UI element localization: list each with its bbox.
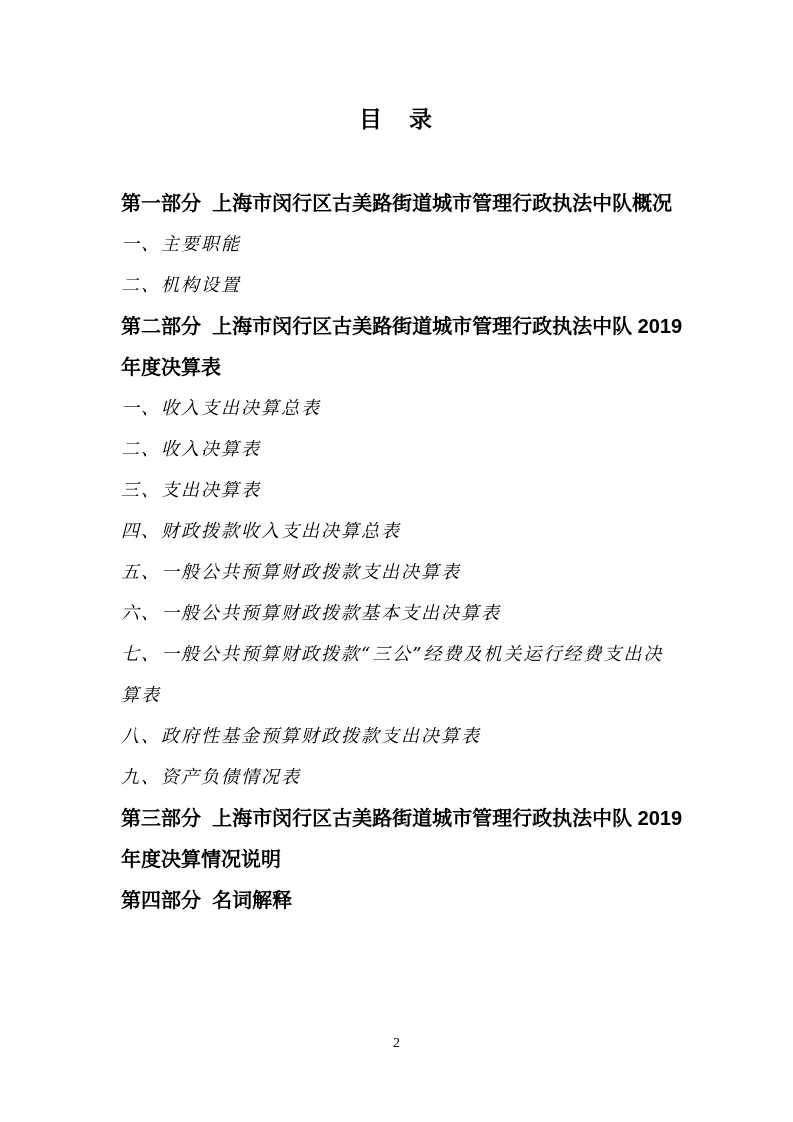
toc-item-line: 五、一般公共预算财政拨款支出决算表: [121, 550, 688, 591]
page-title: 目 录: [0, 101, 793, 134]
toc-item-line: 七、一般公共预算财政拨款“三公”经费及机关运行经费支出决: [121, 632, 688, 673]
toc-list: 第一部分 上海市闵行区古美路街道城市管理行政执法中队概况一、主要职能二、机构设置…: [121, 181, 688, 919]
page-number: 2: [0, 1036, 793, 1052]
toc-heading-line: 第三部分 上海市闵行区古美路街道城市管理行政执法中队 2019: [121, 796, 688, 837]
toc-item-line: 二、收入决算表: [121, 427, 688, 468]
toc-heading-line: 第一部分 上海市闵行区古美路街道城市管理行政执法中队概况: [121, 181, 688, 222]
document-page: 目 录 第一部分 上海市闵行区古美路街道城市管理行政执法中队概况一、主要职能二、…: [0, 0, 793, 1122]
toc-item-line: 一、主要职能: [121, 222, 688, 263]
toc-item-line: 九、资产负债情况表: [121, 755, 688, 796]
toc-heading-line: 年度决算情况说明: [121, 837, 688, 878]
toc-item-line: 四、财政拨款收入支出决算总表: [121, 509, 688, 550]
toc-item-line: 六、一般公共预算财政拨款基本支出决算表: [121, 591, 688, 632]
toc-item-line: 二、机构设置: [121, 263, 688, 304]
toc-item-line: 八、政府性基金预算财政拨款支出决算表: [121, 714, 688, 755]
toc-heading-line: 第二部分 上海市闵行区古美路街道城市管理行政执法中队 2019: [121, 304, 688, 345]
toc-heading-line: 第四部分 名词解释: [121, 878, 688, 919]
toc-item-line: 三、支出决算表: [121, 468, 688, 509]
toc-item-line: 算表: [121, 673, 688, 714]
toc-heading-line: 年度决算表: [121, 345, 688, 386]
toc-item-line: 一、收入支出决算总表: [121, 386, 688, 427]
